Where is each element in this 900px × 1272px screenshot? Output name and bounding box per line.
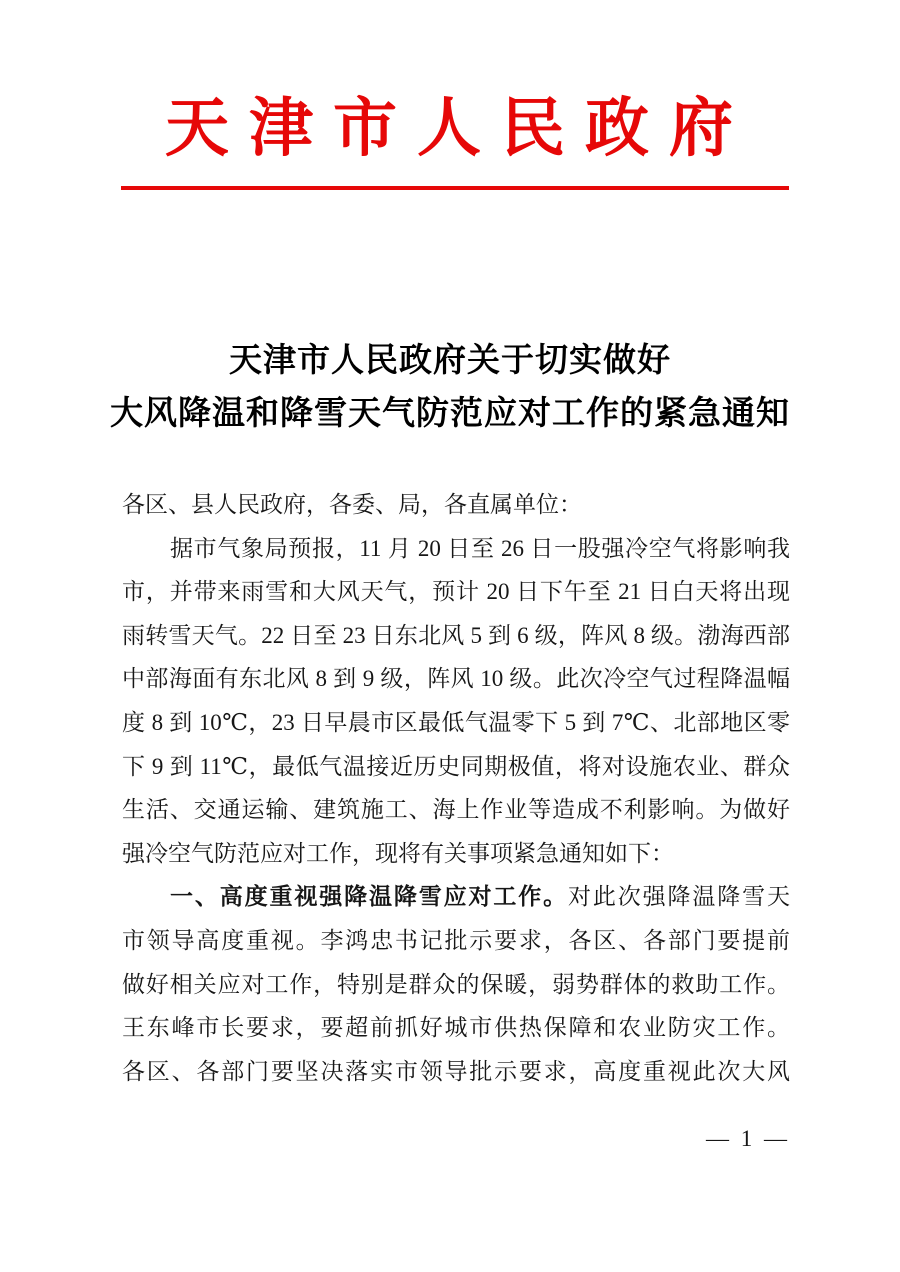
section-heading: 一、高度重视强降温降雪应对工作。 xyxy=(170,883,568,909)
body-line: 雨转雪天气。22 日至 23 日东北风 5 到 6 级，阵风 8 级。渤海西部 xyxy=(122,614,790,658)
body-line-salutation: 各区、县人民政府，各委、局，各直属单位： xyxy=(122,483,790,527)
letterhead-divider xyxy=(121,186,789,190)
body-line: 王东峰市长要求，要超前抓好城市供热保障和农业防灾工作。 xyxy=(122,1006,790,1050)
body-line: 中部海面有东北风 8 到 9 级，阵风 10 级。此次冷空气过程降温幅 xyxy=(122,657,790,701)
body-line: 度 8 到 10℃，23 日早晨市区最低气温零下 5 到 7℃、北部地区零 xyxy=(122,701,790,745)
body-line: 下 9 到 11℃，最低气温接近历史同期极值，将对设施农业、群众 xyxy=(122,745,790,789)
body-line: 各区、各部门要坚决落实市领导批示要求，高度重视此次大风 xyxy=(122,1050,790,1094)
document-title-line1: 天津市人民政府关于切实做好 xyxy=(0,333,900,386)
document-page: 天 津 市 人 民 政 府 天津市人民政府关于切实做好 大风降温和降雪天气防范应… xyxy=(0,0,900,1272)
document-title: 天津市人民政府关于切实做好 大风降温和降雪天气防范应对工作的紧急通知 xyxy=(0,333,900,439)
body-line: 市，并带来雨雪和大风天气，预计 20 日下午至 21 日白天将出现 xyxy=(122,570,790,614)
body-line: 据市气象局预报，11 月 20 日至 26 日一股强冷空气将影响我 xyxy=(122,527,790,571)
document-body: 各区、县人民政府，各委、局，各直属单位： 据市气象局预报，11 月 20 日至 … xyxy=(122,483,790,1093)
document-title-line2: 大风降温和降雪天气防范应对工作的紧急通知 xyxy=(0,386,900,439)
page-number: — 1 — xyxy=(122,1124,790,1154)
body-line: 做好相关应对工作，特别是群众的保暖，弱势群体的救助工作。 xyxy=(122,963,790,1007)
letterhead-org-name: 天 津 市 人 民 政 府 xyxy=(0,90,900,168)
body-line: 强冷空气防范应对工作，现将有关事项紧急通知如下： xyxy=(122,832,790,876)
body-line-section-1: 一、高度重视强降温降雪应对工作。对此次强降温降雪天气， xyxy=(122,875,790,919)
body-line: 市领导高度重视。李鸿忠书记批示要求，各区、各部门要提前 xyxy=(122,919,790,963)
body-line: 生活、交通运输、建筑施工、海上作业等造成不利影响。为做好 xyxy=(122,788,790,832)
